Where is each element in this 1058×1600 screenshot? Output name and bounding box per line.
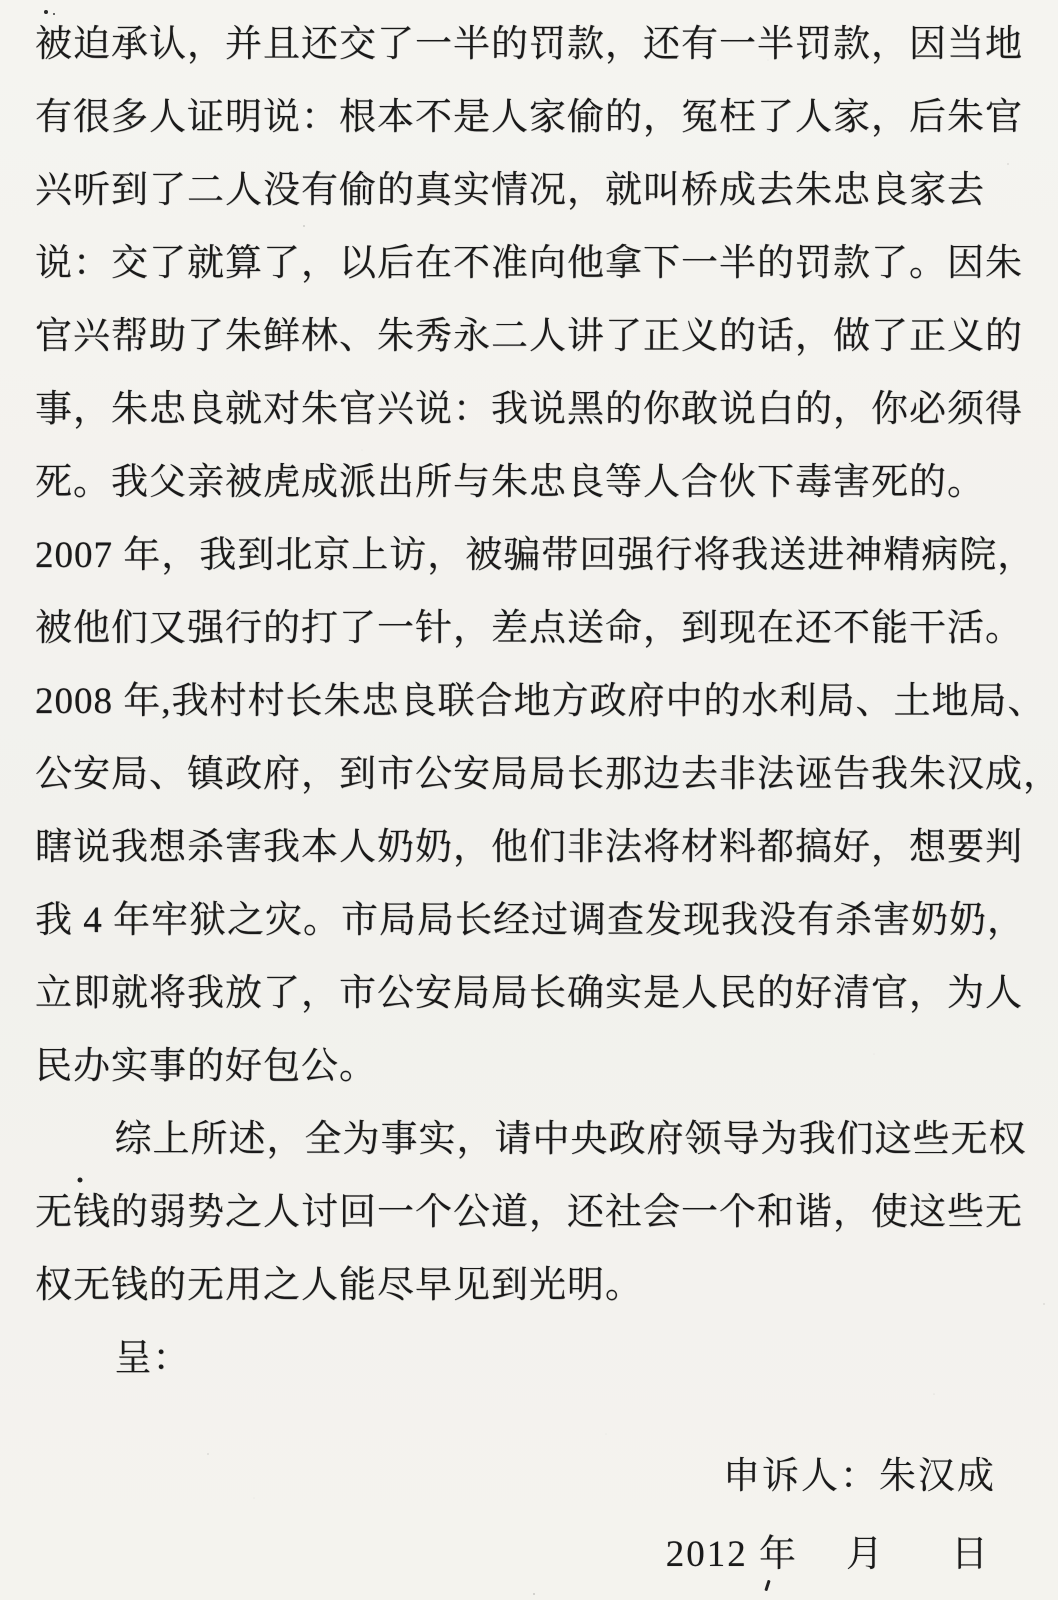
text-line: 事，朱忠良就对朱官兴说：我说黑的你敢说白的，你必须得 bbox=[35, 373, 1038, 446]
text-line: 死。我父亲被虎成派出所与朱忠良等人合伙下毒害死的。 bbox=[35, 446, 1038, 519]
text-line: 公安局、镇政府，到市公安局局长那边去非法诬告我朱汉成， bbox=[35, 738, 1038, 811]
scan-noise-specks bbox=[0, 0, 4, 4]
text-line: 立即就将我放了，市公安局局长确实是人民的好清官，为人 bbox=[35, 957, 1038, 1030]
date-year: 2012 年 bbox=[666, 1534, 798, 1575]
text-line: 兴听到了二人没有偷的真实情况，就叫桥成去朱忠良家去 bbox=[35, 154, 1038, 227]
text-line: 有很多人证明说：根本不是人家偷的，冤枉了人家，后朱官 bbox=[35, 81, 1038, 154]
text-line: 我 4 年牢狱之灾。市局局长经过调查发现我没有杀害奶奶， bbox=[35, 884, 1038, 957]
date-line: 2012 年月日 bbox=[666, 1530, 996, 1580]
text-line: 2007 年，我到北京上访，被骗带回强行将我送进神精病院， bbox=[35, 519, 1038, 592]
text-line: 说：交了就算了，以后在不准向他拿下一半的罚款了。因朱 bbox=[35, 227, 1038, 300]
text-line: 被他们又强行的打了一针，差点送命，到现在还不能干活。 bbox=[35, 592, 1038, 665]
text-line: 民办实事的好包公。 bbox=[35, 1030, 1038, 1103]
text-line: 瞎说我想杀害我本人奶奶，他们非法将材料都搞好，想要判 bbox=[35, 811, 1038, 884]
text-line: 权无钱的无用之人能尽早见到光明。 bbox=[35, 1249, 1038, 1322]
scan-comma-artifact bbox=[764, 1580, 770, 1591]
scanned-letter-page: 被迫承认，并且还交了一半的罚款，还有一半罚款，因当地 有很多人证明说：根本不是人… bbox=[0, 0, 1058, 1600]
text-line: 2008 年,我村村长朱忠良联合地方政府中的水利局、土地局、 bbox=[35, 665, 1038, 738]
date-month: 月 bbox=[846, 1534, 885, 1575]
submit-to-line: 呈： bbox=[35, 1322, 1038, 1395]
text-line: 无钱的弱势之人讨回一个公道，还社会一个和谐，使这些无 bbox=[35, 1176, 1038, 1249]
petitioner-signature: 申诉人：朱汉成 bbox=[666, 1452, 996, 1502]
text-line: 官兴帮助了朱鲜林、朱秀永二人讲了正义的话，做了正义的 bbox=[35, 300, 1038, 373]
letter-body: 被迫承认，并且还交了一半的罚款，还有一半罚款，因当地 有很多人证明说：根本不是人… bbox=[35, 8, 1038, 1395]
date-day: 日 bbox=[951, 1534, 990, 1575]
text-line: 被迫承认，并且还交了一半的罚款，还有一半罚款，因当地 bbox=[35, 8, 1038, 81]
signature-block: 申诉人：朱汉成 2012 年月日 bbox=[666, 1452, 996, 1580]
paragraph-indent-line: 综上所述，全为事实，请中央政府领导为我们这些无权 bbox=[35, 1103, 1038, 1176]
